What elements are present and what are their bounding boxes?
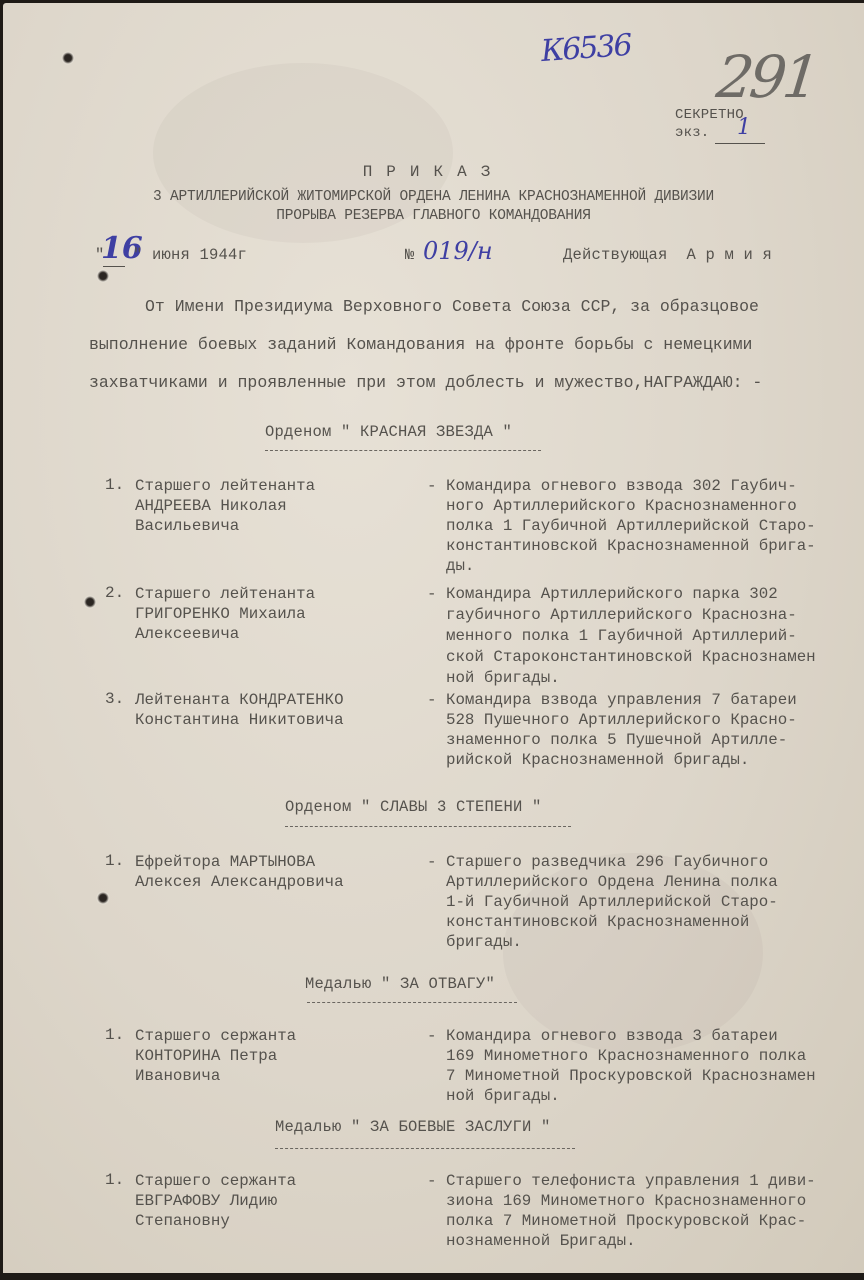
- order-number-prefix: №: [405, 246, 415, 264]
- award-item-number: 1.: [105, 476, 124, 494]
- award-item-number: 1.: [105, 852, 124, 870]
- recipient-position: - Командира взвода управления 7 батареи …: [427, 690, 797, 770]
- document-page: К6536 291 СЕКРЕТНО экз. 1 ПРИКАЗ 3 АРТИЛ…: [3, 3, 864, 1273]
- recipient-position: - Командира Артиллерийского парка 302 га…: [427, 584, 816, 689]
- award-item-number: 2.: [105, 584, 124, 602]
- preamble-line: выполнение боевых заданий Командования н…: [89, 335, 752, 354]
- recipient-position: - Старшего разведчика 296 Гаубичного Арт…: [427, 852, 778, 952]
- sheet-number-annotation: 291: [713, 43, 819, 111]
- recipient-position: - Старшего телефониста управления 1 диви…: [427, 1171, 816, 1251]
- section-heading-combat-merit: Медалью " ЗА БОЕВЫЕ ЗАСЛУГИ ": [275, 1118, 551, 1136]
- section-heading-glory: Орденом " СЛАВЫ 3 СТЕПЕНИ ": [285, 798, 542, 816]
- unit-name-line1: 3 АРТИЛЛЕРИЙСКОЙ ЖИТОМИРСКОЙ ОРДЕНА ЛЕНИ…: [3, 189, 864, 205]
- location: Действующая А р м и я: [563, 246, 772, 264]
- copy-number: 1: [737, 115, 751, 140]
- punch-hole: [96, 891, 110, 905]
- recipient-name: Старшего лейтенанта АНДРЕЕВА Николая Вас…: [135, 476, 315, 536]
- preamble-line: От Имени Президиума Верховного Совета Со…: [145, 297, 759, 316]
- date-rest: " июня 1944г: [133, 246, 247, 264]
- punch-hole: [61, 51, 75, 65]
- document-title: ПРИКАЗ: [3, 163, 864, 181]
- recipient-name: Старшего сержанта КОНТОРИНА Петра Иванов…: [135, 1026, 296, 1086]
- section-divider: [275, 1148, 575, 1149]
- section-divider: [307, 1002, 517, 1003]
- recipient-name: Ефрейтора МАРТЫНОВА Алексея Александрови…: [135, 852, 344, 892]
- section-heading-courage: Медалью " ЗА ОТВАГУ": [305, 975, 495, 993]
- preamble-line: захватчиками и проявленные при этом добл…: [89, 373, 762, 392]
- section-divider: [285, 826, 571, 827]
- recipient-position: - Командира огневого взвода 302 Гаубич- …: [427, 476, 816, 576]
- archive-code-annotation: К6536: [540, 28, 632, 69]
- unit-name-line2: ПРОРЫВА РЕЗЕРВА ГЛАВНОГО КОМАНДОВАНИЯ: [3, 208, 864, 224]
- punch-hole: [96, 269, 110, 283]
- award-item-number: 1.: [105, 1171, 124, 1189]
- order-number: 019/н: [423, 237, 493, 265]
- secrecy-label: СЕКРЕТНО: [675, 107, 744, 123]
- recipient-name: Старшего лейтенанта ГРИГОРЕНКО Михаила А…: [135, 584, 315, 644]
- award-item-number: 3.: [105, 690, 124, 708]
- copy-underline: [715, 143, 765, 144]
- section-divider: [265, 450, 541, 451]
- section-heading-red-star: Орденом " КРАСНАЯ ЗВЕЗДА ": [265, 423, 512, 441]
- award-item-number: 1.: [105, 1026, 124, 1044]
- punch-hole: [83, 595, 97, 609]
- copy-label: экз.: [675, 125, 709, 141]
- recipient-name: Лейтенанта КОНДРАТЕНКО Константина Никит…: [135, 690, 344, 730]
- date-day-underline: [103, 266, 125, 267]
- recipient-name: Старшего сержанта ЕВГРАФОВУ Лидию Степан…: [135, 1171, 296, 1231]
- recipient-position: - Командира огневого взвода 3 батареи 16…: [427, 1026, 816, 1106]
